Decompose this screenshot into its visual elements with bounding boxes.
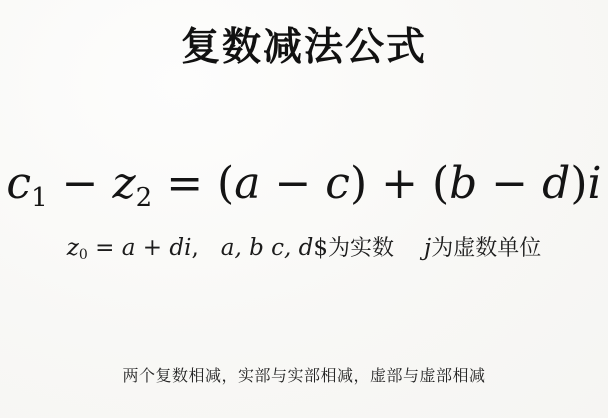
equals-operator: = (88, 235, 122, 261)
formula-var-z: z (112, 158, 135, 209)
equals-open-paren: = ( (152, 158, 234, 209)
page-title: 复数减法公式 (0, 16, 608, 72)
formula-var-i: i (587, 158, 601, 209)
dollar-sign: $ (313, 235, 328, 261)
formula-var-z0: z (67, 235, 79, 261)
real-number-label: 为实数 (328, 235, 394, 260)
formula-var-d: d (542, 158, 570, 209)
formula-var-a2: a (122, 235, 136, 261)
comma: , (191, 235, 198, 261)
paren-plus-paren: ) + ( (350, 158, 449, 209)
formula-vars-abcd: a, b c, d (221, 235, 314, 261)
formula-subscript-2: 2 (136, 183, 153, 213)
formula-subscript-0: 0 (79, 247, 88, 263)
formula-var-b: b (449, 158, 477, 209)
formula-var-c2: c (325, 158, 350, 209)
formula-var-a: a (234, 158, 260, 209)
formula-var-c: c (6, 158, 31, 209)
plus-operator: + (135, 235, 169, 261)
formula-subscript-1: 1 (31, 183, 48, 213)
sub-formula: z0 = a + di,a, b c, d$为实数j为虚数单位 (0, 231, 608, 263)
formula-card: 复数减法公式 c1 − z2 = (a − c) + (b − d)i z0 =… (0, 0, 608, 418)
close-paren: ) (570, 158, 587, 209)
main-formula: c1 − z2 = (a − c) + (b − d)i (0, 158, 608, 213)
formula-var-di: di (169, 235, 191, 261)
minus-operator: − (48, 158, 113, 209)
minus-operator: − (260, 158, 325, 209)
imaginary-unit-label: 为虚数单位 (431, 235, 541, 260)
minus-operator: − (477, 158, 542, 209)
footnote-text: 两个复数相减，实部与实部相减，虚部与虚部相减 (0, 363, 608, 386)
